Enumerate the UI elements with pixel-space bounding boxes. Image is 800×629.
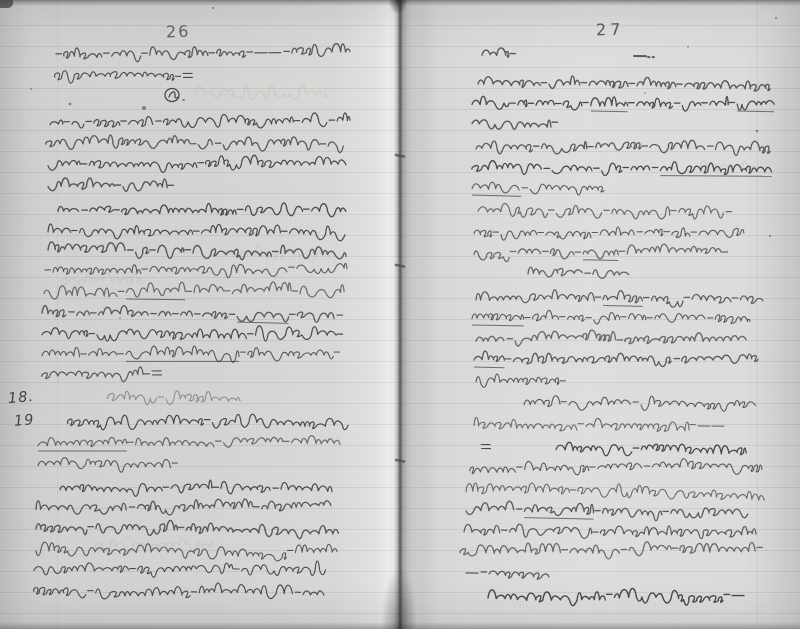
right-page-handwriting-line bbox=[472, 182, 604, 197]
right-page-handwriting-line bbox=[524, 396, 756, 412]
manuscript-scan: 26 27 18. 19 bbox=[0, 0, 800, 629]
right-page-handwriting-line bbox=[466, 571, 549, 580]
right-page-handwriting-line bbox=[634, 56, 654, 57]
dust-speck bbox=[644, 92, 646, 94]
dust-speck bbox=[769, 235, 771, 237]
left-page-handwriting-line bbox=[42, 325, 343, 342]
left-page-handwriting-line bbox=[44, 282, 344, 300]
binding-stitch bbox=[396, 460, 404, 462]
right-page-handwriting-line bbox=[466, 482, 764, 500]
right-page-handwriting-line bbox=[464, 523, 756, 540]
left-page-handwriting-line bbox=[50, 113, 350, 130]
right-page-handwriting-line bbox=[474, 227, 744, 240]
right-page-handwriting-line bbox=[528, 267, 629, 278]
right-page-handwriting-line bbox=[478, 75, 770, 91]
left-page-handwriting-line bbox=[42, 367, 162, 382]
right-page-handwriting-line bbox=[474, 350, 758, 368]
dust-speck bbox=[756, 130, 759, 133]
left-page-handwriting-line bbox=[165, 89, 184, 102]
right-page-handwriting-line bbox=[474, 417, 724, 432]
binding-stitch bbox=[396, 265, 404, 267]
dust-speck bbox=[119, 317, 121, 319]
binding-stitch bbox=[396, 155, 404, 157]
left-page-handwriting-line bbox=[46, 135, 344, 153]
left-page-handwriting-line bbox=[60, 480, 332, 497]
right-page-handwriting-line bbox=[488, 588, 744, 606]
left-page-handwriting-line bbox=[108, 390, 240, 405]
right-page-handwriting-line bbox=[482, 48, 516, 57]
right-page-handwriting-line bbox=[476, 140, 770, 156]
right-page-handwriting-line bbox=[472, 120, 558, 130]
right-page-handwriting-line bbox=[460, 540, 763, 560]
right-page-handwriting-line bbox=[472, 96, 774, 112]
left-page-handwriting-line bbox=[56, 43, 350, 62]
dust-speck bbox=[687, 46, 689, 48]
left-page-handwriting-line bbox=[48, 178, 174, 191]
right-page-handwriting-line bbox=[472, 160, 772, 177]
right-page-handwriting-line bbox=[476, 330, 746, 347]
left-page-handwriting-line bbox=[58, 203, 346, 217]
left-page-handwriting-line bbox=[48, 242, 346, 261]
right-page-handwriting-line bbox=[472, 310, 750, 326]
handwriting-ink-layer bbox=[0, 0, 800, 629]
left-page-handwriting-line bbox=[36, 520, 338, 539]
right-page-handwriting-line bbox=[478, 203, 732, 219]
right-page-handwriting-line bbox=[476, 374, 566, 388]
right-page-handwriting-line bbox=[556, 442, 746, 457]
dust-speck bbox=[212, 7, 214, 9]
left-page-handwriting-line bbox=[34, 561, 325, 577]
right-page-handwriting-line bbox=[476, 289, 763, 307]
left-page-handwriting-line bbox=[34, 581, 325, 601]
right-page-handwriting-line bbox=[466, 501, 748, 522]
left-page-handwriting-line bbox=[36, 499, 331, 515]
dust-speck bbox=[69, 103, 72, 106]
left-page-handwriting-line bbox=[48, 154, 346, 173]
right-page-handwriting-line bbox=[474, 244, 728, 262]
left-page-handwriting-line bbox=[42, 345, 340, 364]
left-page-handwriting-line bbox=[38, 457, 178, 473]
right-page-handwriting-line bbox=[470, 458, 762, 477]
left-page-handwriting-line bbox=[42, 305, 343, 324]
left-page-handwriting-line bbox=[67, 414, 348, 432]
right-page-handwriting-line bbox=[481, 445, 491, 449]
left-page-handwriting-line bbox=[54, 71, 192, 84]
left-page-ghost-writing bbox=[62, 273, 142, 284]
left-page-ghost-writing bbox=[195, 85, 328, 99]
left-page-handwriting-line bbox=[38, 435, 340, 452]
left-page-handwriting-line bbox=[48, 224, 345, 241]
dust-speck bbox=[775, 17, 777, 19]
dust-speck bbox=[142, 106, 146, 110]
dust-speck bbox=[30, 88, 32, 90]
